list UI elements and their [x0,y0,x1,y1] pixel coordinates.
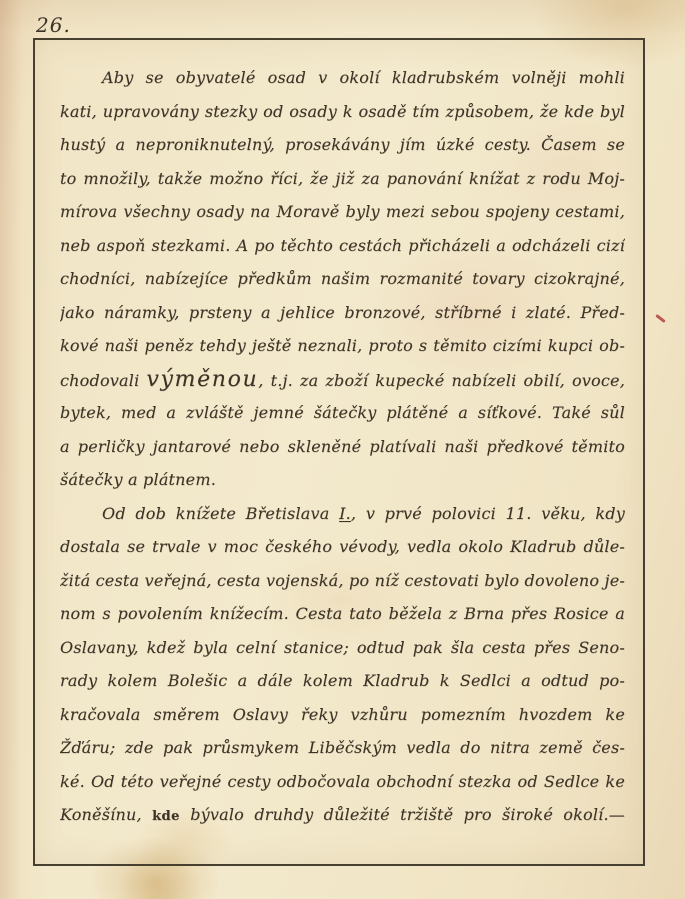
manuscript-segment: nom s povolením knížecím. Cesta tato běž… [60,604,625,623]
manuscript-line: kové naši peněz tehdy ještě neznali, pro… [60,329,625,363]
manuscript-line: jako náramky, prsteny a jehlice bronzové… [60,296,625,330]
manuscript-line: ké. Od této veřejné cesty odbočovala obc… [60,765,625,799]
manuscript-segment: chodníci, nabízejíce předkům našim rozma… [60,269,625,288]
manuscript-line: Koněšínu, kde bývalo druhdy důležité trž… [60,798,625,832]
manuscript-segment: Aby se obyvatelé osad v okolí kladrubské… [60,68,625,95]
manuscript-line: a perličky jantarové nebo skleněné platí… [60,430,625,464]
manuscript-segment: kračovala směrem Oslavy řeky vzhůru pome… [60,705,625,724]
manuscript-line: Žďáru; zde pak průsmykem Liběčským vedla… [60,731,625,765]
manuscript-segment: rady kolem Bolešic a dále kolem Kladrub … [60,671,625,690]
manuscript-line: Aby se obyvatelé osad v okolí kladrubské… [60,61,625,95]
manuscript-segment: to množily, takže možno říci, že již za … [60,169,625,188]
manuscript-line: kati, upravovány stezky od osady k osadě… [60,95,625,129]
manuscript-line: neb aspoň stezkami. A po těchto cestách … [60,229,625,263]
manuscript-line: šátečky a plátnem. [60,463,625,497]
manuscript-segment: žitá cesta veřejná, cesta vojenská, po n… [60,571,625,590]
manuscript-segment: dostala se trvale v moc českého vévody, … [60,537,625,556]
manuscript-line: Od dob knížete Břetislava I., v prvé pol… [60,497,625,531]
manuscript-segment: jako náramky, prsteny a jehlice bronzové… [60,303,625,322]
manuscript-line: žitá cesta veřejná, cesta vojenská, po n… [60,564,625,598]
manuscript-line: nom s povolením knížecím. Cesta tato běž… [60,597,625,631]
manuscript-line: mírova všechny osady na Moravě byly mezi… [60,195,625,229]
manuscript-segment: neb aspoň stezkami. A po těchto cestách … [60,236,625,263]
page-frame-border: Aby se obyvatelé osad v okolí kladrubské… [33,38,645,866]
manuscript-segment: mírova všechny osady na Moravě byly mezi… [60,202,625,221]
red-ink-mark [655,314,666,323]
manuscript-segment: kati, upravovány stezky od osady k osadě… [60,102,625,129]
manuscript-segment: Koněšínu, [60,805,152,824]
manuscript-line: dostala se trvale v moc českého vévody, … [60,530,625,564]
manuscript-line: hustý a neproniknutelný, prosekávány jím… [60,128,625,162]
manuscript-segment: hustý a neproniknutelný, prosekávány jím… [60,135,625,162]
manuscript-line: rady kolem Bolešic a dále kolem Kladrub … [60,664,625,698]
manuscript-segment-underline: I. [339,504,351,523]
manuscript-segment-emphasis: výměnou [146,367,258,392]
manuscript-segment: chodovali [60,371,146,390]
manuscript-line: chodovali výměnou, t.j. za zboží kupecké… [60,363,625,397]
page-number: 26. [36,13,71,37]
manuscript-page: 26. Aby se obyvatelé osad v okolí kladru… [0,0,685,899]
manuscript-segment: ké. Od této veřejné cesty odbočovala obc… [60,772,625,791]
manuscript-line: bytek, med a zvláště jemné šátečky plátě… [60,396,625,430]
manuscript-segment: bývalo druhdy důležité tržiště pro širok… [180,805,625,824]
manuscript-text: Aby se obyvatelé osad v okolí kladrubské… [60,61,625,832]
manuscript-line: kračovala směrem Oslavy řeky vzhůru pome… [60,698,625,732]
manuscript-line: chodníci, nabízejíce předkům našim rozma… [60,262,625,296]
manuscript-segment: Žďáru; zde pak průsmykem Liběčským vedla… [60,738,625,757]
manuscript-line: to množily, takže možno říci, že již za … [60,162,625,196]
manuscript-segment: bytek, med a zvláště jemné šátečky plátě… [60,403,625,422]
manuscript-segment: Od dob knížete Břetislava [102,504,339,523]
manuscript-segment: kové naši peněz tehdy ještě neznali, pro… [60,336,625,355]
manuscript-segment-correction: kde [152,809,180,824]
manuscript-segment: Oslavany, kdež byla celní stanice; odtud… [60,638,625,657]
manuscript-segment: šátečky a plátnem. [60,470,216,489]
manuscript-line: Oslavany, kdež byla celní stanice; odtud… [60,631,625,665]
manuscript-segment: a perličky jantarové nebo skleněné platí… [60,437,625,456]
